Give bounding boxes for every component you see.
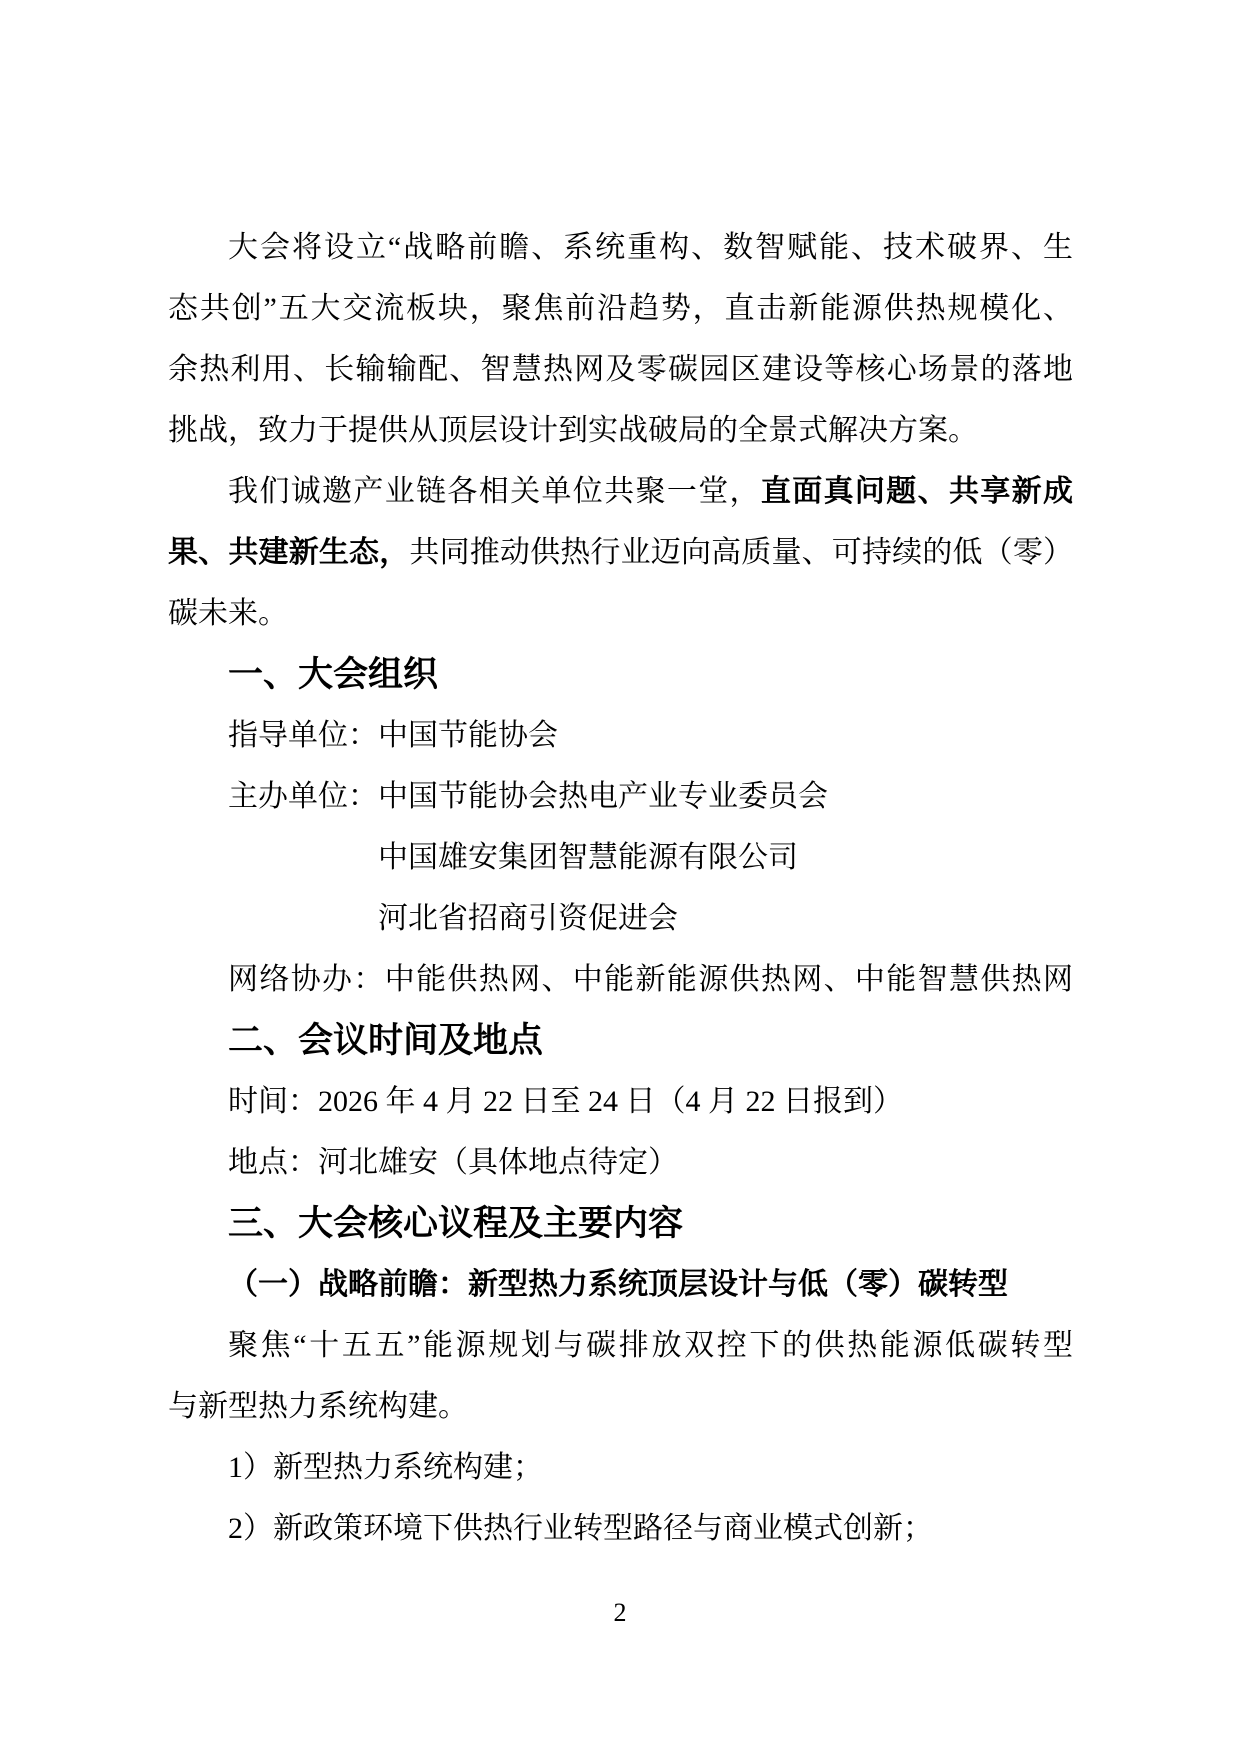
text-segment: 碳未来。 (168, 597, 288, 630)
text-segment: 挑战，致力于提供从顶层设计到实战破局的全景式解决方案。 (168, 414, 978, 447)
bold-text-segment: 直面真问题、共享新成 (761, 475, 1073, 508)
bold-text-segment: 三、大会核心议程及主要内容 (228, 1204, 683, 1243)
text-line: 中国雄安集团智慧能源有限公司 (168, 827, 1073, 888)
text-segment: 聚焦“十五五”能源规划与碳排放双控下的供热能源低碳转型 (228, 1329, 1073, 1362)
text-line: 指导单位：中国节能协会 (168, 705, 1073, 766)
text-line: 主办单位：中国节能协会热电产业专业委员会 (168, 766, 1073, 827)
text-line: 三、大会核心议程及主要内容 (168, 1193, 1073, 1254)
text-line: 二、会议时间及地点 (168, 1010, 1073, 1071)
text-line: 大会将设立“战略前瞻、系统重构、数智赋能、技术破界、生 (168, 217, 1073, 278)
text-segment: 余热利用、长输输配、智慧热网及零碳园区建设等核心场景的落地 (168, 353, 1073, 386)
text-segment: 1）新型热力系统构建； (228, 1451, 543, 1484)
text-line: 果、共建新生态，共同推动供热行业迈向高质量、可持续的低（零） (168, 522, 1073, 583)
text-line: 一、大会组织 (168, 644, 1073, 705)
bold-text-segment: 果、共建新生态， (168, 536, 409, 569)
text-line: 聚焦“十五五”能源规划与碳排放双控下的供热能源低碳转型 (168, 1315, 1073, 1376)
text-segment: 主办单位：中国节能协会热电产业专业委员会 (228, 780, 828, 813)
text-line: 2）新政策环境下供热行业转型路径与商业模式创新； (168, 1498, 1073, 1559)
text-segment: 大会将设立“战略前瞻、系统重构、数智赋能、技术破界、生 (228, 231, 1073, 264)
bold-text-segment: 二、会议时间及地点 (228, 1021, 543, 1060)
text-line: 时间：2026 年 4 月 22 日至 24 日（4 月 22 日报到） (168, 1071, 1073, 1132)
text-segment: 地点：河北雄安（具体地点待定） (228, 1146, 678, 1179)
text-line: 碳未来。 (168, 583, 1073, 644)
text-segment: 时间：2026 年 4 月 22 日至 24 日（4 月 22 日报到） (228, 1085, 903, 1118)
text-line: 挑战，致力于提供从顶层设计到实战破局的全景式解决方案。 (168, 400, 1073, 461)
text-segment: 河北省招商引资促进会 (378, 902, 678, 935)
text-line: 态共创”五大交流板块，聚焦前沿趋势，直击新能源供热规模化、 (168, 278, 1073, 339)
text-segment: 指导单位：中国节能协会 (228, 719, 558, 752)
bold-text-segment: （一）战略前瞻：新型热力系统顶层设计与低（零）碳转型 (228, 1268, 1008, 1301)
text-line: 1）新型热力系统构建； (168, 1437, 1073, 1498)
text-line: 余热利用、长输输配、智慧热网及零碳园区建设等核心场景的落地 (168, 339, 1073, 400)
page-number: 2 (0, 1598, 1240, 1628)
text-line: （一）战略前瞻：新型热力系统顶层设计与低（零）碳转型 (168, 1254, 1073, 1315)
text-line: 网络协办：中能供热网、中能新能源供热网、中能智慧供热网 (168, 949, 1073, 1010)
document-page: 大会将设立“战略前瞻、系统重构、数智赋能、技术破界、生态共创”五大交流板块，聚焦… (0, 0, 1240, 1754)
text-line: 河北省招商引资促进会 (168, 888, 1073, 949)
text-segment: 网络协办：中能供热网、中能新能源供热网、中能智慧供热网 (228, 963, 1073, 996)
text-segment: 我们诚邀产业链各相关单位共聚一堂， (228, 475, 761, 508)
text-line: 与新型热力系统构建。 (168, 1376, 1073, 1437)
text-segment: 共同推动供热行业迈向高质量、可持续的低（零） (409, 536, 1073, 569)
text-segment: 中国雄安集团智慧能源有限公司 (378, 841, 798, 874)
text-segment: 2）新政策环境下供热行业转型路径与商业模式创新； (228, 1512, 933, 1545)
text-line: 我们诚邀产业链各相关单位共聚一堂，直面真问题、共享新成 (168, 461, 1073, 522)
text-segment: 与新型热力系统构建。 (168, 1390, 468, 1423)
text-line: 地点：河北雄安（具体地点待定） (168, 1132, 1073, 1193)
text-segment: 态共创”五大交流板块，聚焦前沿趋势，直击新能源供热规模化、 (168, 292, 1073, 325)
document-body: 大会将设立“战略前瞻、系统重构、数智赋能、技术破界、生态共创”五大交流板块，聚焦… (168, 217, 1073, 1559)
bold-text-segment: 一、大会组织 (228, 655, 438, 694)
